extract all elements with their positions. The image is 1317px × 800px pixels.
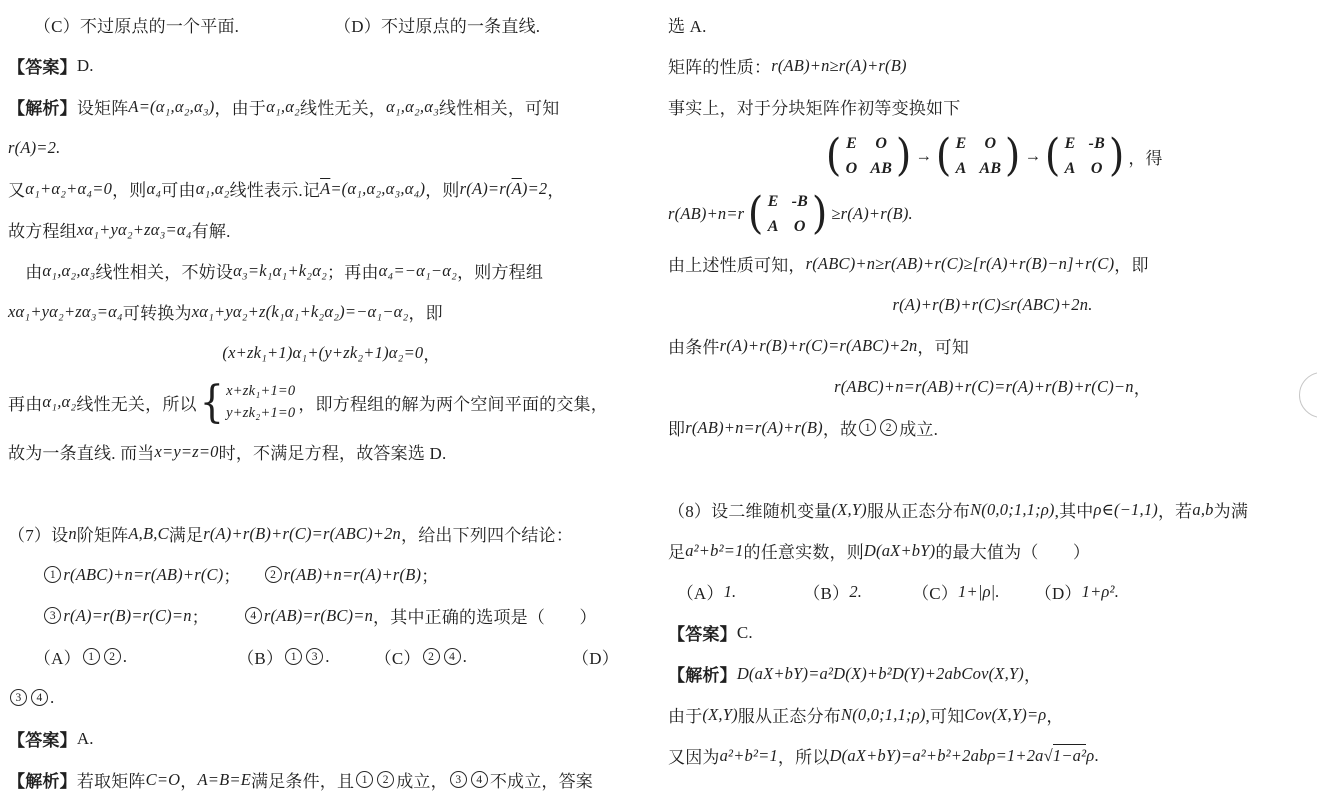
body-text: ，即方程组的解为两个空间平面的交集， xyxy=(298,390,608,415)
body-text: 选 A. xyxy=(668,12,707,37)
body-text: 线性无关， xyxy=(300,94,386,119)
body-text: 可转换为 xyxy=(123,299,192,324)
circled-number: 2 xyxy=(104,648,121,665)
math-text: r(A)+r(B)+r(C)=r(ABC)+2n xyxy=(203,524,401,544)
body-text: ，即 xyxy=(1114,251,1148,276)
text-line: 又α₁+α₂+α₄=0，则α₄可由α₁,α₂线性表示.记A=(α₁,α₂,α₃,… xyxy=(8,168,655,209)
spacer xyxy=(862,591,912,592)
math-text: α₁,α₂,α₃ xyxy=(42,261,95,281)
body-text: 时，不满足方程，故答案选 D. xyxy=(219,439,447,464)
body-text: ， xyxy=(1134,374,1151,399)
body-text: 服从正态分布 xyxy=(867,497,970,522)
math-text: ≥r(A)+r(B). xyxy=(831,204,913,224)
text-line: 1r(ABC)+n=r(AB)+r(C)；2r(AB)+n=r(A)+r(B)； xyxy=(8,554,655,595)
body-text: ， xyxy=(1024,661,1041,686)
math-text: =(α₁,α₂,α₃,α₄) xyxy=(330,179,425,199)
text-line: (EOOAB)→(EOAAB)→(E-BAO)，得 xyxy=(668,127,1317,185)
body-text: 又因为 xyxy=(668,743,720,768)
body-text xyxy=(8,562,42,587)
math-text: A=(α₁,α₂,α₃) xyxy=(128,97,214,117)
analysis-line: 【解析】D(aX+bY)=a²D(X)+b²D(Y)+2abCov(X,Y)， xyxy=(668,653,1317,694)
left-column: （C）不过原点的一个平面.（D）不过原点的一条直线.【答案】 D.【解析】设矩阵… xyxy=(0,4,655,800)
math-text: r(AB)+n≥r(A)+r(B) xyxy=(771,56,907,76)
body-text: 服从正态分布 xyxy=(738,702,841,727)
math-text: r(ABC)+n=r(AB)+r(C)=r(A)+r(B)+r(C)−n xyxy=(834,377,1134,397)
math-text: r(A)=r(B)=r(C)=n xyxy=(63,606,191,626)
body-text: （B） xyxy=(237,644,283,669)
body-text: 设矩阵 xyxy=(77,94,129,119)
math-text: α₁,α₂ xyxy=(196,179,230,199)
equation-system: {x+zk₁+1=0y+zk₂+1=0 xyxy=(200,380,296,425)
text-line: 矩阵的性质：r(AB)+n≥r(A)+r(B) xyxy=(668,45,1317,86)
body-text: D. xyxy=(77,56,94,76)
options-row: （A）12.（B）13.（C）24.（D） xyxy=(8,636,655,677)
body-text: ，则 xyxy=(425,176,459,201)
text-line: 又因为a²+b²=1，所以D(aX+bY)=a²+b²+2abρ=1+2a√1−… xyxy=(668,735,1317,776)
math-text: r(AB)+n=r xyxy=(668,204,744,224)
body-text: ，若 xyxy=(1158,497,1192,522)
circled-number: 3 xyxy=(450,771,467,788)
spacer xyxy=(467,656,572,657)
math-text: r(AB)=r(BC)=n xyxy=(264,606,373,626)
body-text: 又 xyxy=(8,176,25,201)
text-line: 足a²+b²=1的任意实数，则D(aX+bY)的最大值为（ ） xyxy=(668,530,1317,571)
math-text: xα₁+yα₂+zα₃=α₄ xyxy=(77,220,192,240)
body-text: A. xyxy=(77,729,94,749)
text-line: r(A)=2. xyxy=(8,127,655,168)
body-text: 故为一条直线. 而当 xyxy=(8,439,155,464)
math-text: A xyxy=(512,179,522,199)
body-text: ， xyxy=(180,767,197,792)
body-text: 的任意实数，则 xyxy=(744,538,864,563)
body-text: ， xyxy=(423,340,440,365)
body-text: ；再由 xyxy=(327,258,379,283)
math-text: α₁,α₂ xyxy=(266,97,300,117)
answer-line: 【答案】 D. xyxy=(8,45,655,86)
body-text: ，得 xyxy=(1128,144,1162,169)
body-text: 矩阵的性质： xyxy=(668,53,771,78)
body-text: 成立， xyxy=(396,767,448,792)
body-text: 由于 xyxy=(668,702,702,727)
matrix: (EOOAB) xyxy=(825,132,912,179)
math-text: ρ xyxy=(1086,746,1094,766)
math-text: x=y=z=0 xyxy=(155,442,219,462)
text-line: 由上述性质可知，r(ABC)+n≥r(AB)+r(C)≥[r(A)+r(B)−n… xyxy=(668,243,1317,284)
text-line: 34. xyxy=(8,677,655,718)
math-text: r(AB)+n=r(A)+r(B) xyxy=(685,418,823,438)
math-text: C=O xyxy=(146,770,181,790)
body-text: ； xyxy=(223,562,240,587)
circled-number: 1 xyxy=(859,419,876,436)
text-line: 故方程组xα₁+yα₂+zα₃=α₄有解. xyxy=(8,209,655,250)
body-text: ，可知 xyxy=(917,333,969,358)
math-text: N(0,0;1,1;ρ) xyxy=(970,500,1055,520)
body-text: ,其中 xyxy=(1055,497,1094,522)
math-text: 1+|ρ|. xyxy=(958,582,1000,602)
body-text: 线性表示.记 xyxy=(230,176,320,201)
math-text: D(aX+bY) xyxy=(864,541,935,561)
math-text: r(A)=2. xyxy=(8,138,60,158)
body-text: （B） xyxy=(803,579,849,604)
text-line: 由α₁,α₂,α₃线性相关，不妨设α₃=k₁α₁+k₂α₂；再由α₄=−α₁−α… xyxy=(8,250,655,291)
math-text: r(AB)+n=r(A)+r(B) xyxy=(284,565,422,585)
text-line: 故为一条直线. 而当x=y=z=0时，不满足方程，故答案选 D. xyxy=(8,431,655,472)
spacer xyxy=(127,656,237,657)
body-text: 为满 xyxy=(1214,497,1248,522)
body-text: 可由 xyxy=(161,176,195,201)
body-text: 阶矩阵 xyxy=(77,521,129,546)
body-text: 足 xyxy=(668,538,685,563)
body-text: 由条件 xyxy=(668,333,720,358)
math-text: r(ABC)+n=r(AB)+r(C) xyxy=(63,565,223,585)
body-text: （D） xyxy=(1035,579,1082,604)
spacer xyxy=(209,615,243,616)
circled-number: 2 xyxy=(377,771,394,788)
spacer xyxy=(330,656,375,657)
body-text: ，给出下列四个结论： xyxy=(401,521,573,546)
circled-number: 3 xyxy=(44,607,61,624)
math-text: (X,Y) xyxy=(702,705,737,725)
body-text: （D） xyxy=(572,644,619,669)
problem-7-stem: （7）设n阶矩阵A,B,C满足r(A)+r(B)+r(C)=r(ABC)+2n，… xyxy=(8,513,655,554)
circled-number: 2 xyxy=(423,648,440,665)
math-text: Cov(X,Y)=ρ xyxy=(964,705,1046,725)
math-text: A xyxy=(320,179,330,199)
text-line: 即r(AB)+n=r(A)+r(B)，故12成立. xyxy=(668,407,1317,448)
bold-label: 【解析】 xyxy=(8,94,77,119)
body-text: ，所以 xyxy=(778,743,830,768)
problem-8-stem: （8）设二维随机变量(X,Y)服从正态分布N(0,0;1,1;ρ),其中ρ∈(−… xyxy=(668,489,1317,530)
body-text: ，即 xyxy=(408,299,442,324)
text-line: 由于(X,Y)服从正态分布N(0,0;1,1;ρ),可知Cov(X,Y)=ρ， xyxy=(668,694,1317,735)
body-text: ， xyxy=(1046,702,1063,727)
circled-number: 2 xyxy=(265,566,282,583)
math-text: 1+ρ². xyxy=(1082,582,1119,602)
right-column: 选 A.矩阵的性质：r(AB)+n≥r(A)+r(B)事实上，对于分块矩阵作初等… xyxy=(655,4,1317,800)
text-line: (x+zk₁+1)α₁+(y+zk₂+1)α₂=0， xyxy=(8,332,655,373)
math-text: 2. xyxy=(849,582,862,602)
text-line: 3r(A)=r(B)=r(C)=n；4r(AB)=r(BC)=n，其中正确的选项… xyxy=(8,595,655,636)
math-text: n xyxy=(68,524,76,544)
math-text: 1. xyxy=(724,582,737,602)
math-text: r(ABC)+n≥r(AB)+r(C)≥[r(A)+r(B)−n]+r(C) xyxy=(806,254,1115,274)
circled-number: 1 xyxy=(44,566,61,583)
circled-number: 1 xyxy=(83,648,100,665)
body-text: ； xyxy=(192,603,209,628)
math-text: (X,Y) xyxy=(832,500,867,520)
body-text: 线性相关，可知 xyxy=(439,94,559,119)
math-text: A,B,C xyxy=(128,524,168,544)
math-text: (x+zk₁+1)α₁+(y+zk₂+1)α₂=0 xyxy=(222,343,423,363)
math-text: r(A)+r(B)+r(C)=r(ABC)+2n xyxy=(720,336,918,356)
math-text: a²+b²=1 xyxy=(720,746,778,766)
body-text: 成立. xyxy=(899,415,938,440)
math-text: α₄ xyxy=(146,179,161,199)
math-text: α₃=k₁α₁+k₂α₂ xyxy=(233,261,327,281)
document-page: { "document": { "type": "scanned-math-so… xyxy=(0,0,1317,800)
body-text xyxy=(8,603,42,628)
circled-number: 4 xyxy=(31,689,48,706)
body-text: 由上述性质可知， xyxy=(668,251,806,276)
text-line: （C）不过原点的一个平面.（D）不过原点的一条直线. xyxy=(8,4,655,45)
text-line: 事实上，对于分块矩阵作初等变换如下 xyxy=(668,86,1317,127)
math-text: )=2 xyxy=(522,179,547,199)
body-text: （D）不过原点的一条直线. xyxy=(334,12,540,37)
body-text: ， xyxy=(547,176,564,201)
math-text: α₁,α₂,α₃ xyxy=(386,97,439,117)
two-column-layout: （C）不过原点的一个平面.（D）不过原点的一条直线.【答案】 D.【解析】设矩阵… xyxy=(0,0,1317,800)
circled-number: 1 xyxy=(285,648,302,665)
body-text: （C） xyxy=(912,579,958,604)
math-text: xα₁+yα₂+z(k₁α₁+k₂α₂)=−α₁−α₂ xyxy=(192,302,409,322)
math-text: → xyxy=(916,146,933,166)
math-text: α₄=−α₁−α₂ xyxy=(379,261,457,281)
circled-number: 3 xyxy=(306,648,323,665)
answer-line: 【答案】 C. xyxy=(668,612,1317,653)
math-text: r(A)=r( xyxy=(460,179,512,199)
options-row: （A）1.（B）2.（C）1+|ρ|.（D）1+ρ². xyxy=(668,571,1317,612)
body-text: 若取矩阵 xyxy=(77,767,146,792)
answer-line: 【答案】 A. xyxy=(8,718,655,759)
math-text: ρ∈(−1,1) xyxy=(1094,500,1158,520)
bold-label: 【答案】 xyxy=(8,53,77,78)
body-text: 线性无关，所以 xyxy=(76,390,196,415)
circled-number: 4 xyxy=(471,771,488,788)
spacer xyxy=(736,591,803,592)
bold-label: 【解析】 xyxy=(8,767,77,792)
math-text: D(aX+bY)=a²D(X)+b²D(Y)+2abCov(X,Y) xyxy=(737,664,1024,684)
text-line: r(ABC)+n=r(AB)+r(C)=r(A)+r(B)+r(C)−n， xyxy=(668,366,1317,407)
body-text: ，则 xyxy=(112,176,146,201)
text-line: xα₁+yα₂+zα₃=α₄可转换为xα₁+yα₂+z(k₁α₁+k₂α₂)=−… xyxy=(8,291,655,332)
body-text: 满足条件，且 xyxy=(251,767,354,792)
body-text: （A） xyxy=(8,644,81,669)
body-text: （C） xyxy=(375,644,421,669)
text-line: r(A)+r(B)+r(C)≤r(ABC)+2n. xyxy=(668,284,1317,325)
spacer xyxy=(1000,591,1035,592)
matrix: (E-BAO) xyxy=(747,190,828,237)
math-text: xα₁+yα₂+zα₃=α₄ xyxy=(8,302,123,322)
body-text: 再由 xyxy=(8,390,42,415)
body-text: （C）不过原点的一个平面. xyxy=(8,12,239,37)
text-line: 再由α₁,α₂线性无关，所以{x+zk₁+1=0y+zk₂+1=0，即方程组的解… xyxy=(8,373,655,431)
math-text: α₁+α₂+α₄=0 xyxy=(25,179,112,199)
body-text: ，由于 xyxy=(214,94,266,119)
body-text: ； xyxy=(421,562,438,587)
text-line: 由条件r(A)+r(B)+r(C)=r(ABC)+2n，可知 xyxy=(668,325,1317,366)
math-text: N(0,0;1,1;ρ) xyxy=(841,705,926,725)
body-text: 由 xyxy=(8,258,42,283)
body-text: 故方程组 xyxy=(8,217,77,242)
math-text: r(A)+r(B)+r(C)≤r(ABC)+2n. xyxy=(892,295,1092,315)
math-text: α₁,α₂ xyxy=(42,392,76,412)
spacer xyxy=(239,24,334,25)
body-text: C. xyxy=(737,623,753,643)
math-text: → xyxy=(1025,146,1042,166)
circled-number: 3 xyxy=(10,689,27,706)
text-line xyxy=(8,472,655,513)
body-text: 事实上，对于分块矩阵作初等变换如下 xyxy=(668,94,960,119)
body-text: 满足 xyxy=(169,521,203,546)
math-text: a²+b²=1 xyxy=(685,541,743,561)
circled-number: 4 xyxy=(245,607,262,624)
math-text: D(aX+bY)=a²+b²+2abρ=1+2a xyxy=(830,746,1044,766)
body-text: ，则方程组 xyxy=(457,258,543,283)
math-text: a,b xyxy=(1192,500,1213,520)
square-root: √1−a² xyxy=(1044,746,1087,766)
circled-number: 2 xyxy=(880,419,897,436)
body-text: （A） xyxy=(668,579,724,604)
circled-number: 4 xyxy=(444,648,461,665)
body-text: . xyxy=(50,688,54,708)
analysis-line: 【解析】设矩阵A=(α₁,α₂,α₃)，由于α₁,α₂线性无关，α₁,α₂,α₃… xyxy=(8,86,655,127)
body-text: 即 xyxy=(668,415,685,440)
bold-label: 【答案】 xyxy=(8,726,77,751)
circled-number: 1 xyxy=(356,771,373,788)
body-text: . xyxy=(1094,746,1098,766)
body-text: 有解. xyxy=(192,217,231,242)
bold-label: 【解析】 xyxy=(668,661,737,686)
spacer xyxy=(241,574,263,575)
body-text: ,可知 xyxy=(926,702,965,727)
text-line xyxy=(668,448,1317,489)
body-text: （8）设二维随机变量 xyxy=(668,497,832,522)
body-text: （7）设 xyxy=(8,521,68,546)
analysis-line: 【解析】若取矩阵C=O，A=B=E满足条件，且12成立，34不成立，答案 xyxy=(8,759,655,800)
body-text: ，其中正确的选项是（ ） xyxy=(373,603,597,628)
body-text: ，故 xyxy=(823,415,857,440)
matrix: (E-BAO) xyxy=(1044,132,1125,179)
math-text: A=B=E xyxy=(197,770,251,790)
bold-label: 【答案】 xyxy=(668,620,737,645)
body-text: 的最大值为（ ） xyxy=(935,538,1090,563)
body-text: 不成立，答案 xyxy=(490,767,593,792)
matrix: (EOAAB) xyxy=(935,132,1021,179)
text-line: 选 A. xyxy=(668,4,1317,45)
text-line: r(AB)+n=r(E-BAO)≥r(A)+r(B). xyxy=(668,185,1317,243)
body-text: 线性相关，不妨设 xyxy=(95,258,233,283)
